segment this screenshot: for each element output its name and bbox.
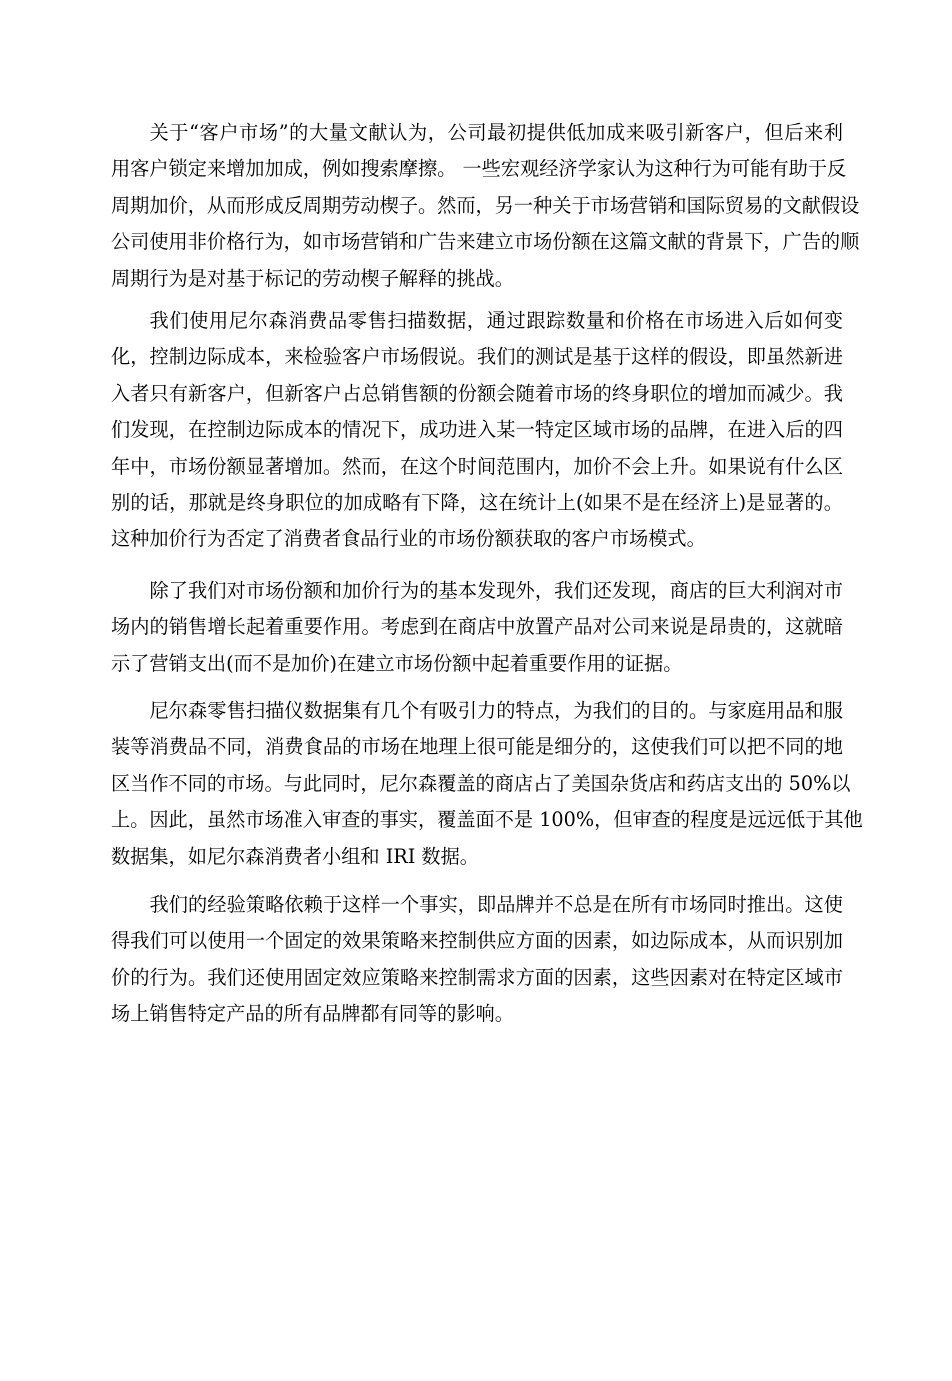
text-line: 这种加价行为否定了消费者食品行业的市场份额获取的客户市场模式。: [111, 521, 843, 557]
text-line: 场上销售特定产品的所有品牌都有同等的影响。: [111, 996, 843, 1032]
text-line: 用客户锁定来增加加成，例如搜索摩擦。 一些宏观经济学家认为这种行为可能有助于反: [111, 151, 843, 187]
paragraph-customer-markets-literature: 关于“客户市场”的大量文献认为，公司最初提供低加成来吸引新客户，但后来利 用客户…: [111, 115, 843, 297]
text-line: 得我们可以使用一个固定的效果策略来控制供应方面的因素，如边际成本，从而识别加: [111, 923, 843, 959]
text-line: 公司使用非价格行为，如市场营销和广告来建立市场份额在这篇文献的背景下，广告的顺: [111, 224, 843, 260]
text-line: 数据集，如尼尔森消费者小组和 IRI 数据。: [111, 839, 843, 875]
text-line: 别的话，那就是终身职位的加成略有下降，这在统计上(如果不是在经济上)是显著的。: [111, 485, 843, 521]
text-line: 上。因此，虽然市场准入审查的事实，覆盖面不是 100%，但审查的程度是远远低于其…: [111, 802, 843, 838]
text-line: 我们的经验策略依赖于这样一个事实，即品牌并不总是在所有市场同时推出。这使: [111, 887, 843, 923]
text-line: 除了我们对市场份额和加价行为的基本发现外，我们还发现，商店的巨大利润对市: [111, 573, 843, 609]
text-line: 我们使用尼尔森消费品零售扫描数据，通过跟踪数量和价格在市场进入后如何变: [111, 303, 843, 339]
document-page: 关于“客户市场”的大量文献认为，公司最初提供低加成来吸引新客户，但后来利 用客户…: [0, 0, 952, 1381]
text-line: 尼尔森零售扫描仪数据集有几个有吸引力的特点，为我们的目的。与家庭用品和服: [111, 693, 843, 729]
text-line: 年中，市场份额显著增加。然而，在这个时间范围内，加价不会上升。如果说有什么区: [111, 449, 843, 485]
paragraph-store-margins: 除了我们对市场份额和加价行为的基本发现外，我们还发现，商店的巨大利润对市 场内的…: [111, 573, 843, 682]
text-line: 场内的销售增长起着重要作用。考虑到在商店中放置产品对公司来说是昂贵的，这就暗: [111, 609, 843, 645]
text-line: 周期加价，从而形成反周期劳动楔子。然而，另一种关于市场营销和国际贸易的文献假设: [111, 188, 843, 224]
text-line: 入者只有新客户，但新客户占总销售额的份额会随着市场的终身职位的增加而减少。我: [111, 376, 843, 412]
text-line: 关于“客户市场”的大量文献认为，公司最初提供低加成来吸引新客户，但后来利: [111, 115, 843, 151]
text-line: 示了营销支出(而不是加价)在建立市场份额中起着重要作用的证据。: [111, 646, 843, 682]
text-line: 周期行为是对基于标记的劳动楔子解释的挑战。: [111, 261, 843, 297]
text-line: 价的行为。我们还使用固定效应策略来控制需求方面的因素，这些因素对在特定区域市: [111, 960, 843, 996]
paragraph-empirical-strategy: 我们的经验策略依赖于这样一个事实，即品牌并不总是在所有市场同时推出。这使 得我们…: [111, 887, 843, 1033]
text-line: 化，控制边际成本，来检验客户市场假说。我们的测试是基于这样的假设，即虽然新进: [111, 339, 843, 375]
text-line: 区当作不同的市场。与此同时，尼尔森覆盖的商店占了美国杂货店和药店支出的 50%以: [111, 766, 843, 802]
text-line: 装等消费品不同，消费食品的市场在地理上很可能是细分的，这使我们可以把不同的地: [111, 729, 843, 765]
text-line: 们发现，在控制边际成本的情况下，成功进入某一特定区域市场的品牌，在进入后的四: [111, 412, 843, 448]
paragraph-nielsen-data-findings: 我们使用尼尔森消费品零售扫描数据，通过跟踪数量和价格在市场进入后如何变 化，控制…: [111, 303, 843, 558]
paragraph-dataset-features: 尼尔森零售扫描仪数据集有几个有吸引力的特点，为我们的目的。与家庭用品和服 装等消…: [111, 693, 843, 875]
